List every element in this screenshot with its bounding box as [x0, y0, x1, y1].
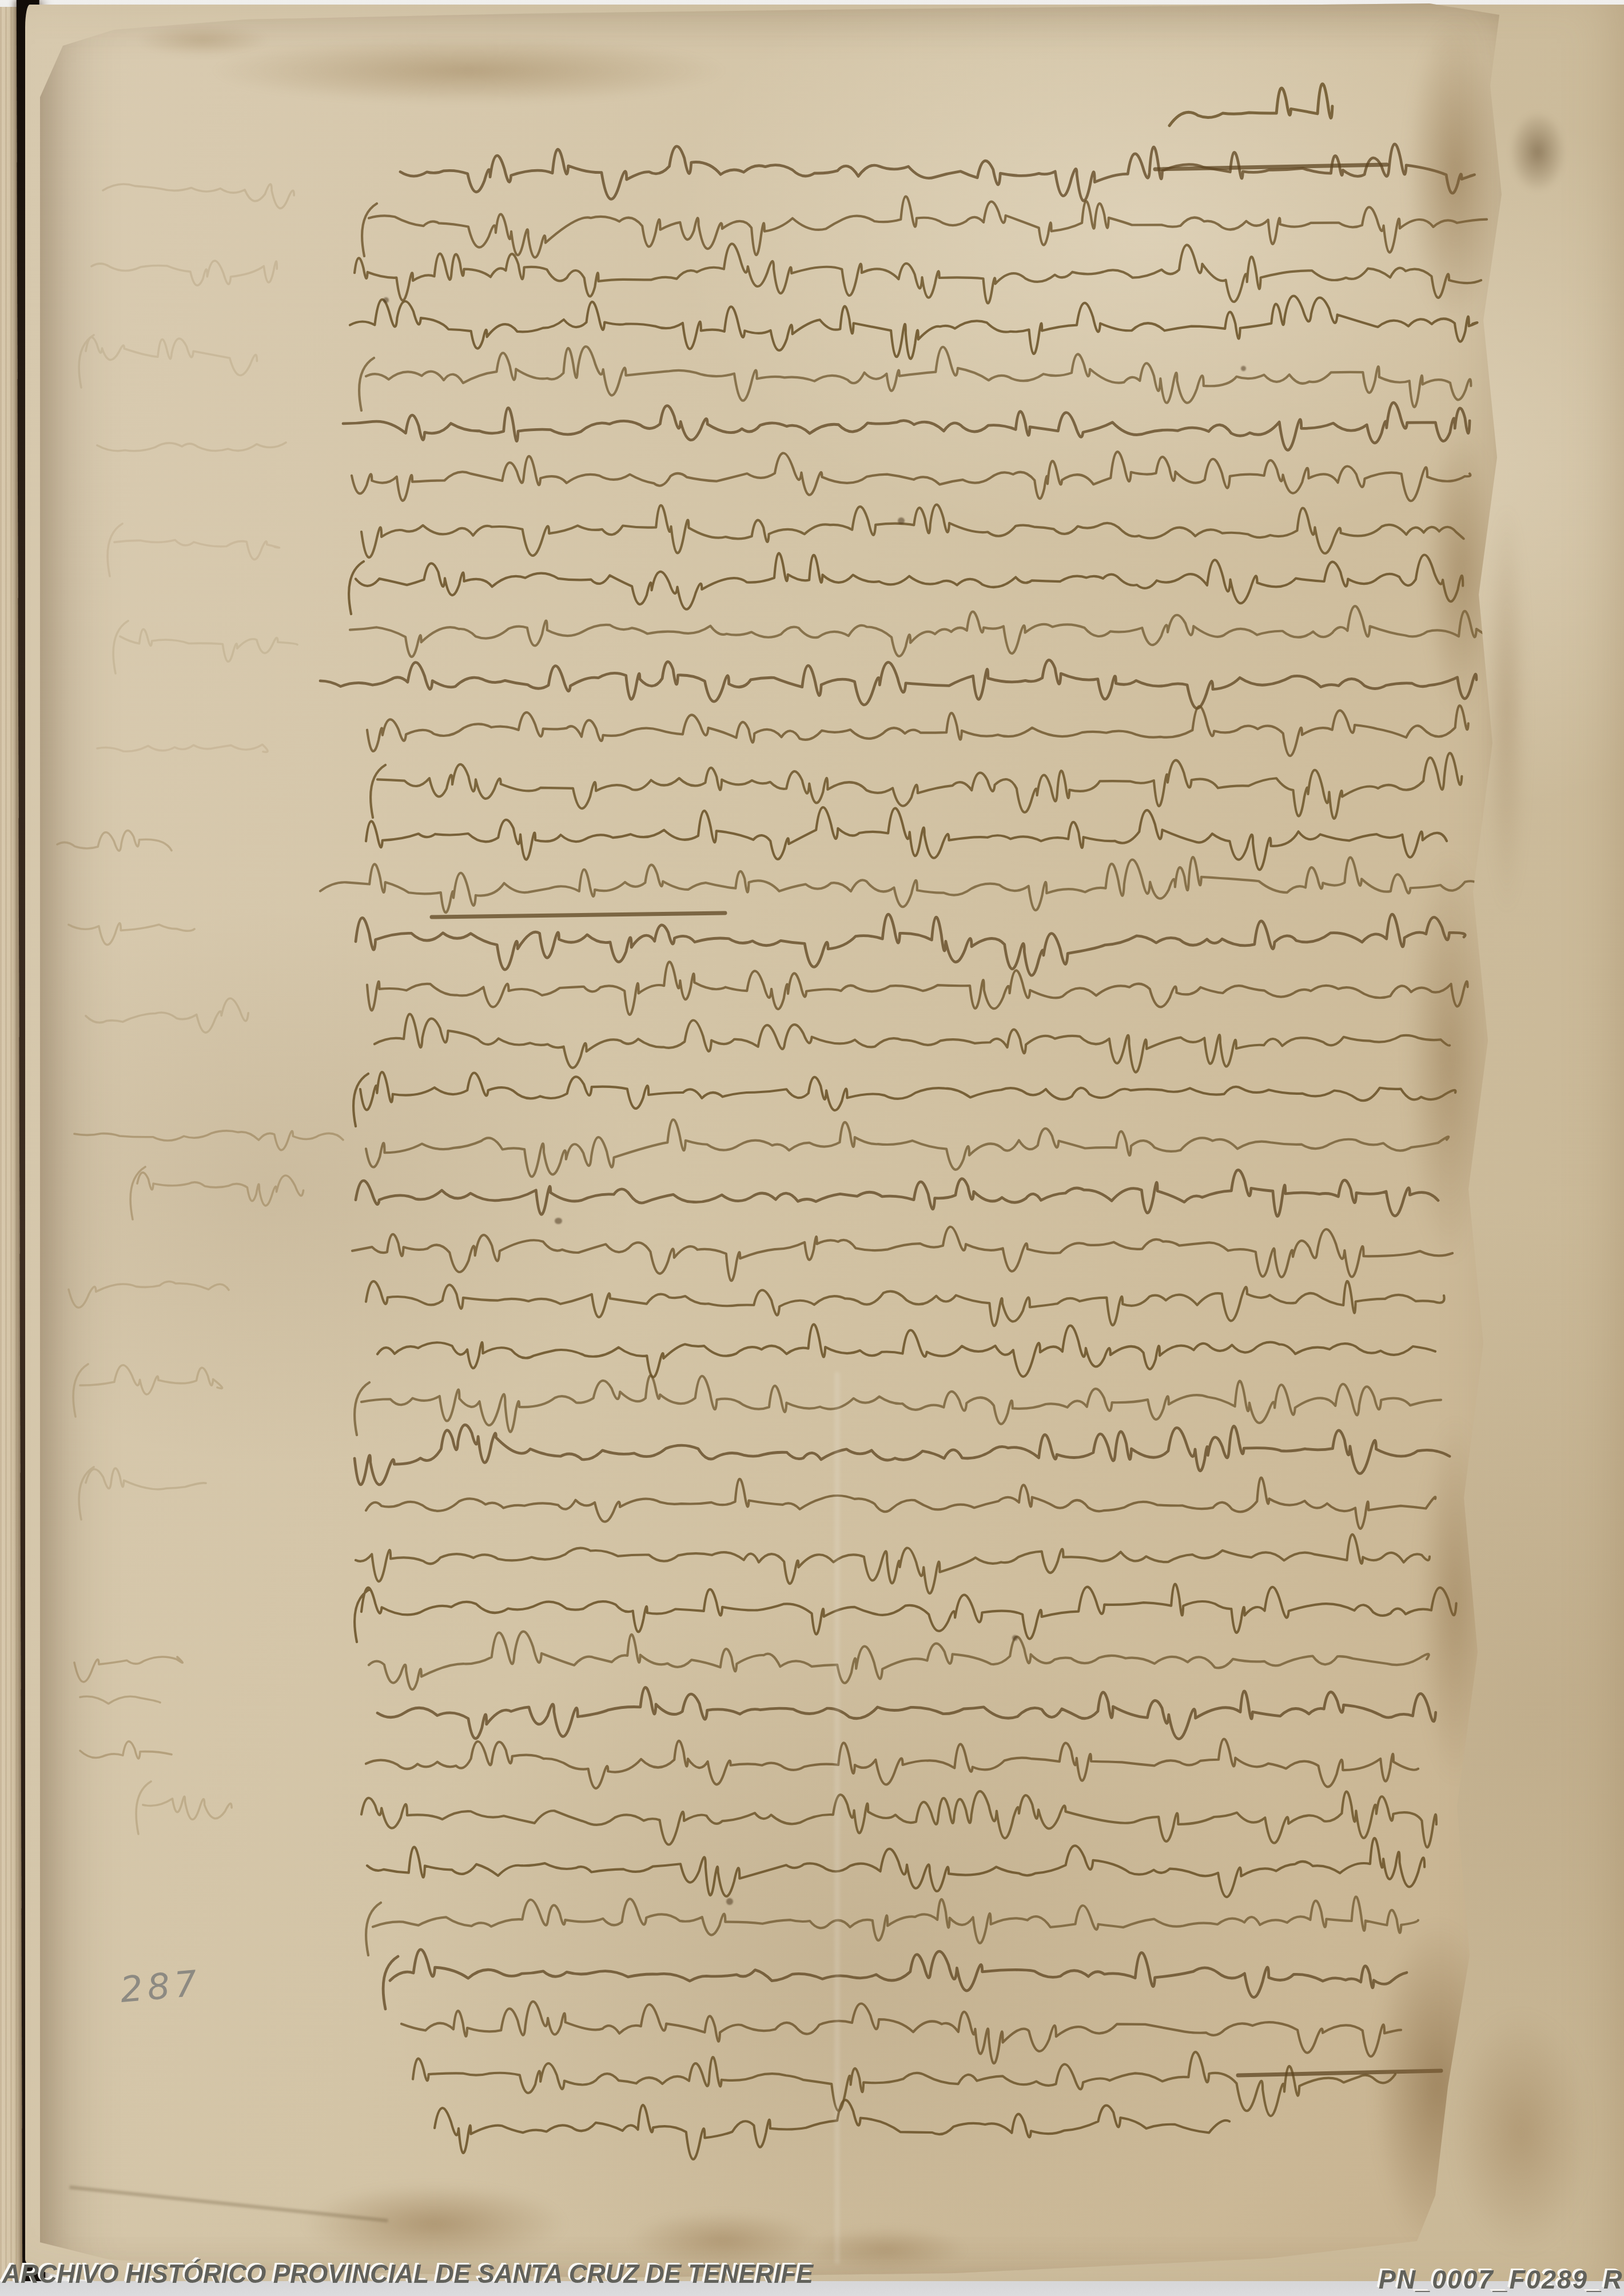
stain: [212, 38, 726, 103]
stain: [1510, 112, 1566, 192]
handwriting-layer: [0, 0, 1624, 2296]
ink-speck: [1241, 366, 1246, 371]
ink-speck: [555, 1218, 562, 1224]
ink-speck: [383, 297, 389, 303]
scanned-document: { "document": { "kind": "scanned manuscr…: [0, 0, 1624, 2296]
stain: [1452, 2012, 1590, 2253]
stain: [137, 24, 269, 56]
ink-speck: [1012, 1635, 1018, 1641]
stain: [1487, 503, 1527, 915]
ink-speck: [726, 1898, 733, 1905]
paper-crease: [835, 1372, 839, 2264]
archive-name-caption: ARCHIVO HISTÓRICO PROVINCIAL DE SANTA CR…: [2, 2258, 813, 2289]
pencil-folio-number: 287: [118, 1962, 203, 2011]
ink-speck: [898, 517, 905, 524]
stain: [806, 2227, 966, 2273]
manuscript-page: 287: [40, 0, 1521, 2285]
stain: [303, 2184, 566, 2264]
reference-code-caption: PN_0007_F0289_R: [1378, 2263, 1623, 2295]
